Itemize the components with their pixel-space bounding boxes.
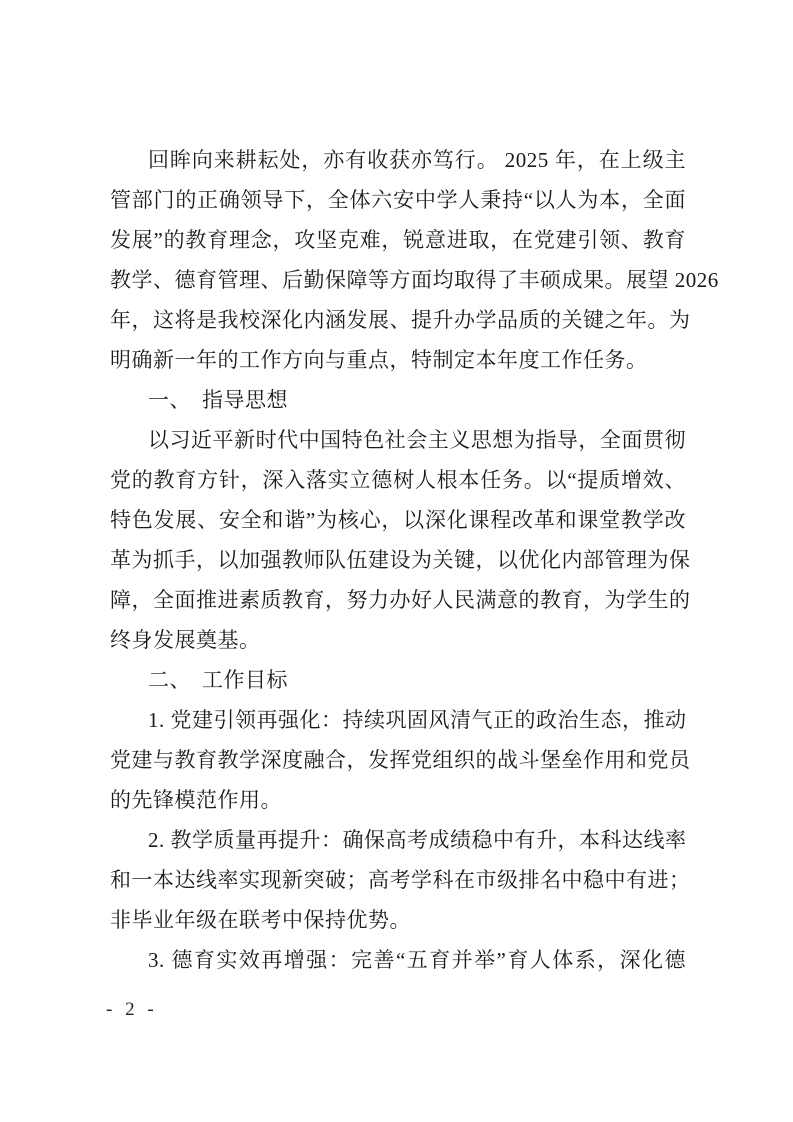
- text-line: 年，这将是我校深化内涵发展、提升办学品质的关键之年。为: [110, 300, 686, 340]
- text-line: 特色发展、安全和谐”为核心，以深化课程改革和课堂教学改: [110, 500, 686, 540]
- text-line: 非毕业年级在联考中保持优势。: [110, 900, 686, 940]
- text-line: 发展”的教育理念，攻坚克难，锐意进取，在党建引领、教育: [110, 220, 686, 260]
- text-line: 以习近平新时代中国特色社会主义思想为指导，全面贯彻: [110, 420, 686, 460]
- heading-line: 二、 工作目标: [110, 660, 686, 700]
- document-page: 回眸向来耕耘处，亦有收获亦笃行。 2025 年，在上级主管部门的正确领导下，全体…: [0, 0, 793, 1122]
- text-line: 障，全面推进素质教育，努力办好人民满意的教育，为学生的: [110, 580, 686, 620]
- text-line: 2. 教学质量再提升：确保高考成绩稳中有升，本科达线率: [110, 820, 686, 860]
- text-line: 教学、德育管理、后勤保障等方面均取得了丰硕成果。展望 2026: [110, 260, 686, 300]
- text-line: 3. 德育实效再增强：完善“五育并举”育人体系，深化德: [110, 940, 686, 980]
- text-line: 1. 党建引领再强化：持续巩固风清气正的政治生态，推动: [110, 700, 686, 740]
- text-line: 终身发展奠基。: [110, 620, 686, 660]
- text-line: 明确新一年的工作方向与重点，特制定本年度工作任务。: [110, 340, 686, 380]
- text-line: 管部门的正确领导下，全体六安中学人秉持“以人为本，全面: [110, 180, 686, 220]
- text-line: 的先锋模范作用。: [110, 780, 686, 820]
- text-line: 党建与教育教学深度融合，发挥党组织的战斗堡垒作用和党员: [110, 740, 686, 780]
- text-line: 回眸向来耕耘处，亦有收获亦笃行。 2025 年，在上级主: [110, 140, 686, 180]
- document-body: 回眸向来耕耘处，亦有收获亦笃行。 2025 年，在上级主管部门的正确领导下，全体…: [110, 140, 686, 980]
- text-line: 党的教育方针，深入落实立德树人根本任务。以“提质增效、: [110, 460, 686, 500]
- text-line: 和一本达线率实现新突破；高考学科在市级排名中稳中有进；: [110, 860, 686, 900]
- page-number: - 2 -: [106, 999, 158, 1021]
- text-line: 革为抓手，以加强教师队伍建设为关键，以优化内部管理为保: [110, 540, 686, 580]
- heading-line: 一、 指导思想: [110, 380, 686, 420]
